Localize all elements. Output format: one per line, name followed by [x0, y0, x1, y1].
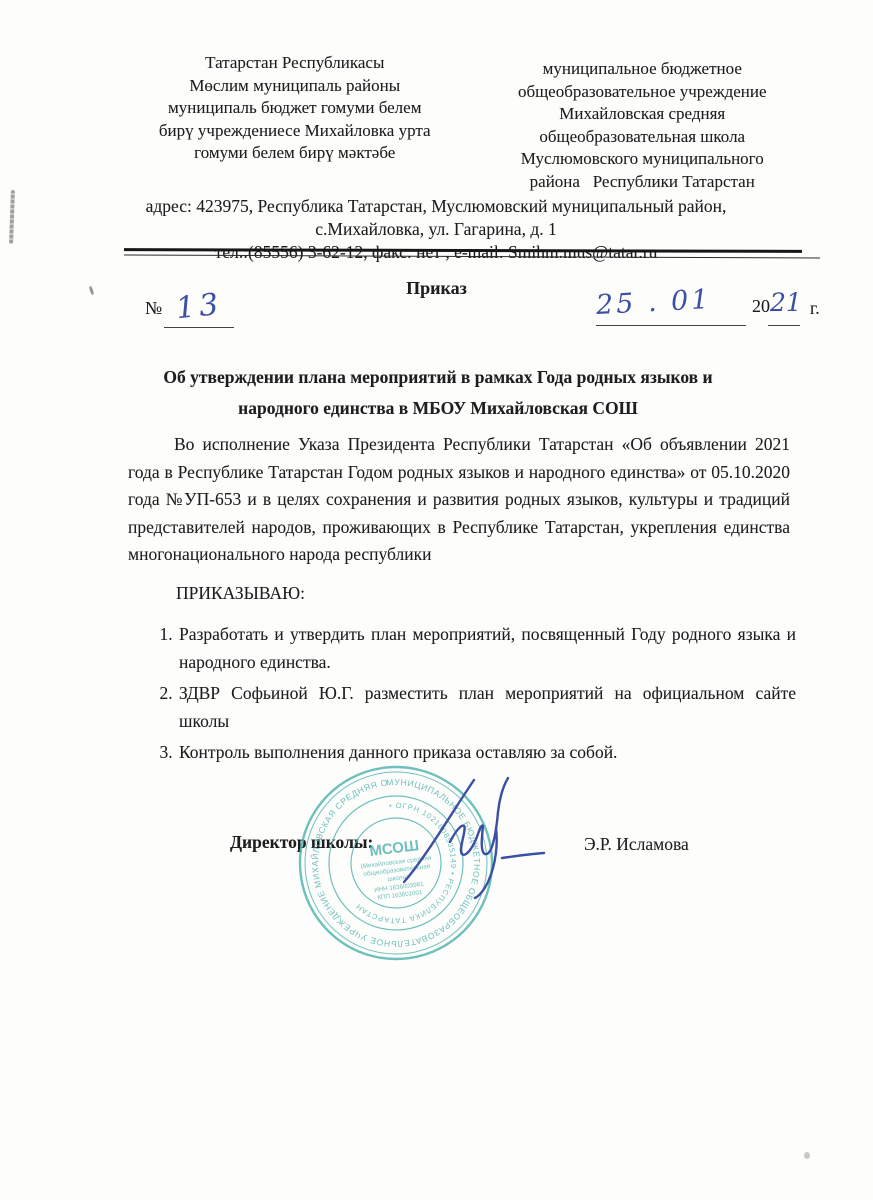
order-item-1: Разработать и утвердить план мероприятий…	[177, 620, 796, 676]
scan-artifact-smudge	[9, 190, 15, 244]
order-number-handwritten: 13	[174, 287, 224, 327]
signature-name: Э.Р. Исламова	[584, 834, 689, 855]
order-item-2: ЗДВР Софьиной Ю.Г. разместить план мероп…	[177, 679, 796, 735]
order-body-paragraph: Во исполнение Указа Президента Республик…	[128, 431, 790, 569]
date-underline	[596, 325, 746, 326]
date-day-month-handwritten: 25 . 01	[595, 284, 712, 321]
letterhead: Татарстан Республикасы Мөслим муниципаль…	[120, 52, 815, 193]
letterhead-tatar: Татарстан Республикасы Мөслим муниципаль…	[120, 52, 469, 193]
date-year-underline	[768, 325, 800, 326]
director-signature-ink	[398, 764, 573, 909]
contact-block: адрес: 423975, Республика Татарстан, Мус…	[56, 195, 816, 264]
letterhead-tatar-line: бирү учреждениесе Михайловка урта	[120, 120, 469, 143]
scanned-order-document: Татарстан Республикасы Мөслим муниципаль…	[0, 0, 873, 1200]
date-year-printed: 20	[752, 296, 770, 317]
date-year-handwritten: 21	[770, 288, 802, 317]
contact-address-line2: с.Михайловка, ул. Гагарина, д. 1	[56, 218, 816, 241]
decree-word: ПРИКАЗЫВАЮ:	[176, 583, 305, 604]
scan-artifact-dot	[804, 1152, 810, 1159]
order-date: 25 . 01 20 21 г.	[596, 287, 806, 335]
letterhead-tatar-line: Татарстан Республикасы	[120, 52, 469, 75]
order-title: Об утверждении плана мероприятий в рамка…	[96, 362, 780, 424]
order-number-label: №	[145, 298, 162, 319]
order-item-3: Контроль выполнения данного приказа оста…	[177, 738, 796, 766]
date-suffix: г.	[810, 298, 820, 319]
letterhead-russian: муниципальное бюджетное общеобразователь…	[469, 52, 815, 193]
order-number-underline	[164, 327, 234, 328]
order-title-line1: Об утверждении плана мероприятий в рамка…	[96, 362, 780, 393]
order-title-line2: народного единства в МБОУ Михайловская С…	[96, 393, 780, 424]
letterhead-tatar-line: муниципаль бюджет гомуми белем	[120, 97, 469, 120]
contact-address-line1: адрес: 423975, Республика Татарстан, Мус…	[56, 195, 816, 218]
letterhead-tatar-line: гомуми белем бирү мәктәбе	[120, 142, 469, 165]
letterhead-tatar-line: Мөслим муниципаль районы	[120, 75, 469, 98]
order-items: Разработать и утвердить план мероприятий…	[146, 620, 796, 769]
